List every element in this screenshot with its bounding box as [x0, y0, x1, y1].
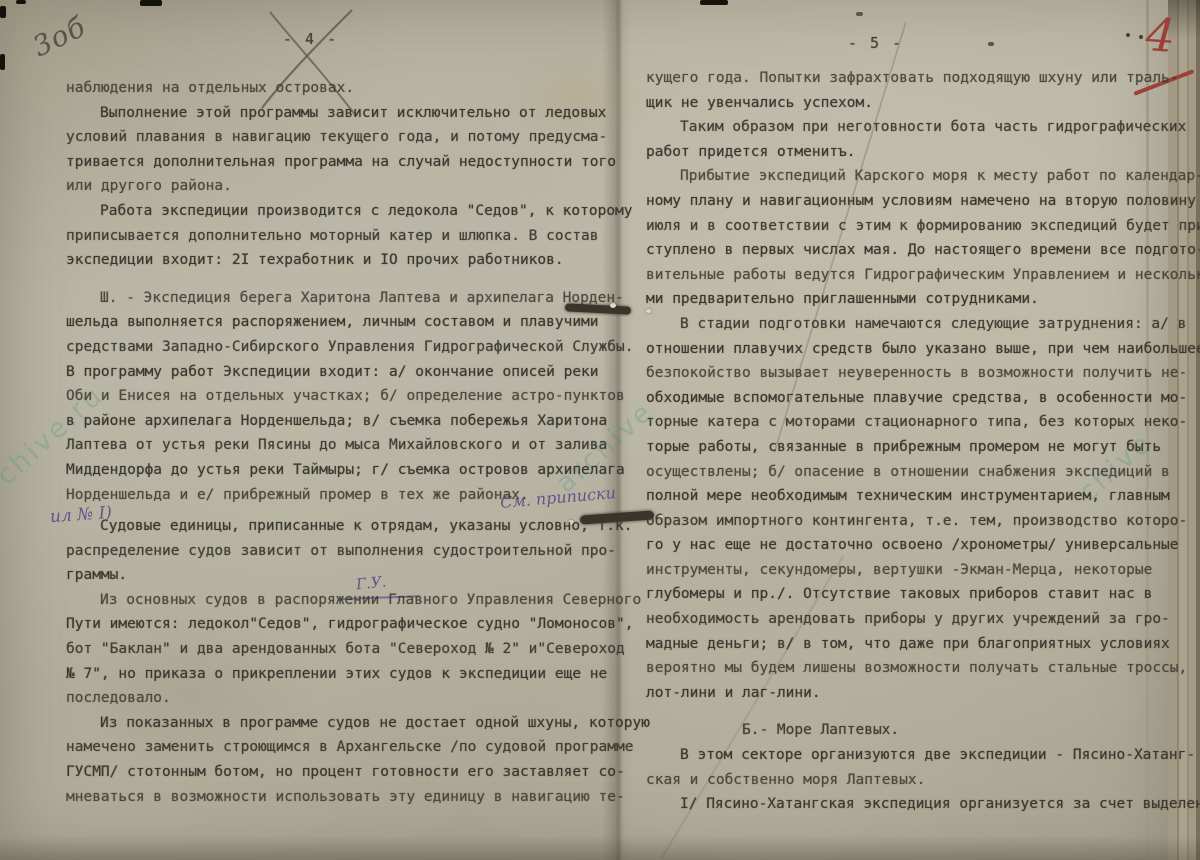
typed-line: Таким образом при неготовности бота част…	[646, 115, 1180, 140]
typed-line: Миддендорфа до устья реки Таймыры; г/ съ…	[66, 458, 626, 483]
typed-line: средствами Западно-Сибирского Управления…	[66, 335, 626, 360]
typed-line: Оби и Енисея на отдельных участках; б/ о…	[66, 384, 626, 409]
typed-line: кущего года. Попытки зафрахтовать подход…	[646, 66, 1180, 91]
typed-line: намечено заменить строющимся в Архангель…	[66, 735, 626, 760]
typed-line: бот "Баклан" и два арендованных бота "Се…	[66, 637, 626, 662]
edge-tear	[0, 54, 5, 70]
typed-line: мневаться в возможности использовать эту…	[66, 785, 626, 810]
typed-line: необходимость арендовать приборы у други…	[646, 607, 1180, 632]
typed-line: щик не увенчались успехом.	[646, 91, 1180, 116]
typed-line: Пути имеются: ледокол"Седов", гидрографи…	[66, 612, 626, 637]
typed-line: лот-лини и лаг-лини.	[646, 681, 1180, 706]
typed-line: осуществлены; б/ опасение в отношении сн…	[646, 460, 1180, 485]
right-page-text: кущего года. Попытки зафрахтовать подход…	[646, 66, 1180, 817]
typed-line: Б.- Море Лаптевых.	[646, 718, 1180, 743]
folio-number-red: 4	[1144, 7, 1177, 63]
typed-line: приписывается дополнительно моторный кат…	[66, 224, 626, 249]
typed-line: вероятно мы будем лишены возможности пол…	[646, 656, 1180, 681]
typed-line: № 7", но приказа о прикреплении этих суд…	[66, 662, 626, 687]
typed-line: работ придется отменитъ.	[646, 140, 1180, 165]
typed-line: В программу работ Экспедиции входит: а/ …	[66, 360, 626, 385]
scan-shadow	[0, 836, 1200, 860]
typed-line: шельда выполняется распоряжением, личным…	[66, 310, 626, 335]
typed-line: Из показанных в программе судов не доста…	[66, 711, 626, 736]
typed-line: образом импортного контингента, т.е. тем…	[646, 509, 1180, 534]
typed-line: торные катера с моторами стационарного т…	[646, 410, 1180, 435]
typed-line: обходимые вспомогательные плавучие средс…	[646, 386, 1180, 411]
typed-line: безпокойство вызывает неуверенность в во…	[646, 361, 1180, 386]
typed-line: инструменты, секундомеры, вертушки -Экма…	[646, 558, 1180, 583]
ink-fleck	[856, 12, 863, 16]
typed-line: тривается дополнительная программа на сл…	[66, 150, 626, 175]
typed-line: полной мере необходимым техническим инст…	[646, 484, 1180, 509]
typed-line: условий плавания в навигацию текущего го…	[66, 125, 626, 150]
typed-line: В этом секторе организуются две экспедиц…	[646, 743, 1180, 768]
typed-line: глубомеры и пр./. Отсутствие таковых при…	[646, 582, 1180, 607]
typed-line: Работа экспедиции производится с ледокол…	[66, 199, 626, 224]
typed-line: вительные работы ведутся Гидрографически…	[646, 263, 1180, 288]
typed-line: Выполнение этой программы зависит исключ…	[66, 101, 626, 126]
typed-line: ская и собственно моря Лаптевых.	[646, 768, 1180, 793]
edge-tear	[140, 0, 162, 6]
edge-tear	[0, 6, 6, 18]
typed-line: в районе архипелага Норденшельда; в/ съе…	[66, 409, 626, 434]
typed-line: го у нас еще не достаточно освоено /хрон…	[646, 533, 1180, 558]
typed-line: июля и в соответствии с этим к формирова…	[646, 214, 1180, 239]
ink-fleck	[1139, 35, 1143, 39]
typed-line: торые работы, связанные в прибрежным про…	[646, 435, 1180, 460]
document-scan: chive.ru archive chive - 4 - - 5 - 3об 4…	[0, 0, 1200, 860]
typed-line: последовало.	[66, 686, 626, 711]
typed-line: Судовые единицы, приписанные к отрядам, …	[66, 514, 626, 539]
typed-line: Из основных судов в распоряжении Главног…	[66, 588, 626, 613]
typed-line: или другого района.	[66, 174, 626, 199]
typed-line: граммы.	[66, 563, 626, 588]
typed-line: распределение судов зависит от выполнени…	[66, 539, 626, 564]
typed-line: ному плану и навигационным условиям наме…	[646, 189, 1180, 214]
typed-line: Прибытие экспедиций Карского моря к мест…	[646, 164, 1180, 189]
typed-line: отношении плавучих средств было указано …	[646, 337, 1180, 362]
typed-line: Ш. - Экспедиция берега Харитона Лаптева …	[66, 286, 626, 311]
typed-line: экспедиции входит: 2I техработник и IO п…	[66, 248, 626, 273]
edge-tear	[700, 0, 728, 5]
typed-line: Лаптева от устья реки Пясины до мыса Мих…	[66, 433, 626, 458]
typed-line: Норденшельда и е/ прибрежный промер в те…	[66, 483, 626, 508]
typed-line: ми предварительно приглашенными сотрудни…	[646, 287, 1180, 312]
right-page-number: - 5 -	[848, 34, 903, 52]
ink-fleck	[1126, 33, 1130, 37]
typed-line: В стадии подготовки намечаются следующие…	[646, 312, 1180, 337]
typed-line: мадные деньги; в/ в том, что даже при бл…	[646, 632, 1180, 657]
typed-line: ГУСМП/ стотонным ботом, но процент готов…	[66, 760, 626, 785]
ink-fleck	[988, 42, 994, 46]
typed-line: I/ Пясино-Хатангская экспедиция организу…	[646, 792, 1180, 817]
typed-line: наблюдения на отдельных островах.	[66, 76, 626, 101]
edge-tear	[16, 0, 26, 4]
left-page-text: наблюдения на отдельных островах.Выполне…	[66, 76, 626, 809]
typed-line: ступлено в первых числах мая. До настоящ…	[646, 238, 1180, 263]
